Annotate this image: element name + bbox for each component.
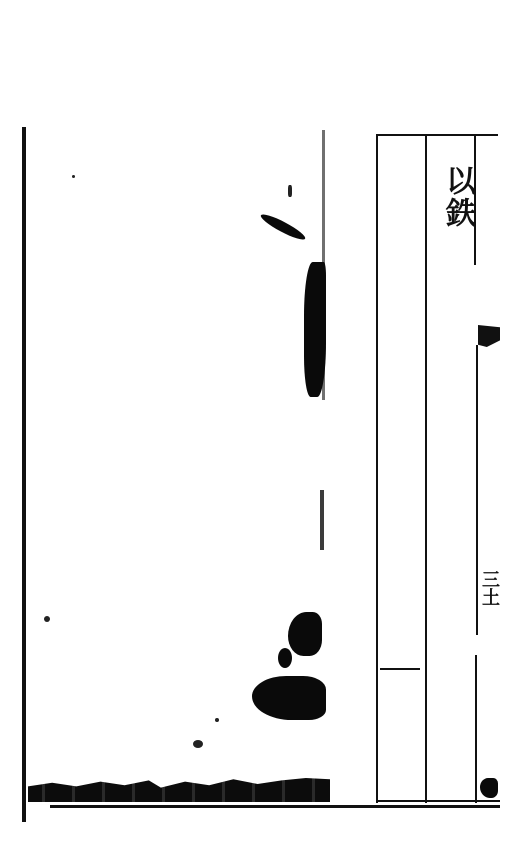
ink-speck [193, 740, 203, 748]
margin-mark-text: 三土 [480, 570, 502, 606]
ink-speck [215, 718, 219, 722]
ink-blot-lower-2 [278, 648, 292, 668]
ink-blot-lower-4 [320, 490, 324, 550]
bottom-border-line [50, 805, 500, 808]
column-line-1 [376, 135, 378, 803]
inner-mark-line [380, 668, 420, 670]
left-border-line [22, 127, 26, 822]
ink-speck [288, 185, 292, 197]
fishtail-mark-icon [478, 325, 500, 347]
bottom-ink-bleed [28, 778, 330, 802]
ink-blot-lower-1 [288, 612, 322, 656]
column-line-2 [425, 135, 427, 803]
ink-smear-upper [304, 262, 326, 397]
title-slip-text: 以鉄 [433, 165, 473, 229]
ink-blot-lower-3 [252, 676, 326, 720]
ink-speck [72, 175, 75, 178]
top-frame-line [376, 134, 498, 136]
column-line-5 [475, 655, 477, 803]
ink-speck [44, 616, 50, 622]
corner-ink-blot [480, 778, 498, 798]
column-base-line [378, 800, 500, 802]
scanned-page: 以鉄 三土 [0, 0, 520, 865]
ink-streak-diagonal [259, 211, 308, 243]
